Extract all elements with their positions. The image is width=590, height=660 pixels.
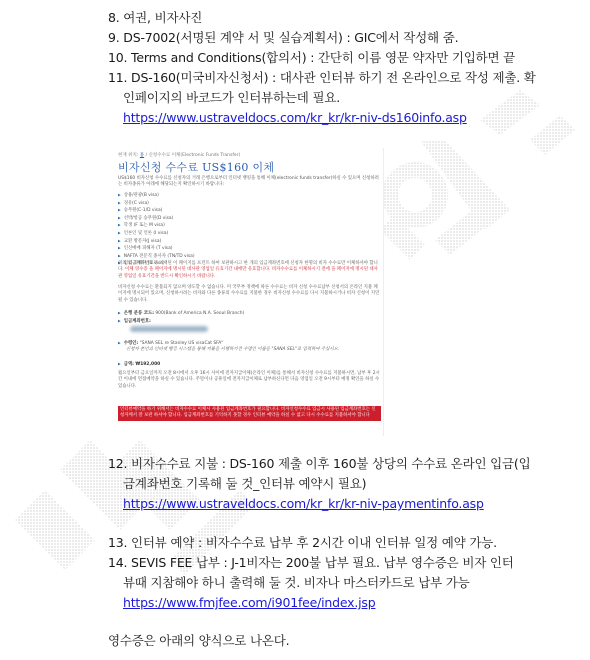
recipient-note: 신청자 본인의 인터넷 뱅킹 시스템을 통해 지불을 시행하기전 수령인 이름을…	[126, 347, 376, 353]
breadcrumb-current: / 신청수수료 이체(Electronic Funds Transfer)	[146, 153, 241, 158]
bank-code-label: 은행 분류 코드:	[124, 311, 154, 316]
recipient-value: "SANA SEL re Stanley US visaCat SFA"	[140, 341, 224, 346]
item-8: 8. 여권, 비자사진	[108, 9, 202, 27]
screenshot-para2: 위의 입금계좌번호가 기재된 이 페이지를 프린트 하여 보관하시고 한 개의 …	[118, 261, 380, 280]
visa-type-item: 상용/관광(B visa)	[118, 192, 195, 200]
ds160-info-link[interactable]: https://www.ustraveldocs.com/kr_kr/kr-ni…	[123, 109, 467, 127]
blurred-account-number	[130, 326, 208, 332]
amount-list: 금액: ₩192,000	[118, 361, 160, 369]
receipt-note: 영수증은 아래의 양식으로 나온다.	[108, 632, 289, 650]
visa-type-item: 승무원(C-1/D visa)	[118, 207, 195, 215]
embedded-screenshot: 현재 위치: 홈 / 신청수수료 이체(Electronic Funds Tra…	[116, 148, 384, 436]
amount-label: 금액:	[124, 362, 134, 367]
bank-info-list: 은행 분류 코드: 900(Bank of America N.A. Seoul…	[118, 310, 244, 325]
item-13: 13. 인터뷰 예약 : 비자수수료 납부 후 2시간 이내 인터뷰 일정 예약…	[108, 534, 497, 552]
bank-code-value: 900(Bank of America N.A. Seoul Branch)	[155, 311, 244, 316]
amount-value: ₩192,000	[135, 362, 160, 367]
visa-type-item: 학생 (F 또는 M visa)	[118, 222, 195, 230]
item-10: 10. Terms and Conditions(합의서) : 간단히 이름 영…	[108, 49, 515, 67]
screenshot-para3: 비자신청 수수료는 환불되지 않으며 양도할 수 없습니다. 미 국무부 정책에…	[118, 285, 380, 304]
warning-banner: 인터뷰예약을 하기 위해서는 비자수수료 이체시 사용된 입금계좌번호가 필요합…	[118, 406, 381, 421]
item-14: 14. SEVIS FEE 납부 : J-1비자는 200불 납부 필요. 납부…	[108, 554, 514, 572]
item-12: 12. 비자수수료 지불 : DS-160 제출 이후 160불 상당의 수수료…	[108, 455, 530, 473]
amount-item: 금액: ₩192,000	[118, 361, 160, 369]
item-11-continued: 인페이지의 바코드가 인터뷰하는데 필요.	[123, 89, 340, 107]
screenshot-title: 비자신청 수수료 US$160 이체	[118, 159, 274, 175]
breadcrumb-home-link: 홈	[140, 153, 144, 158]
visa-type-item: NAFTA 전문직 종사자 (TN/TD visa)	[118, 253, 195, 261]
item-11: 11. DS-160(미국비자신청서) : 대사관 인터뷰 하기 전 온라인으로…	[108, 69, 536, 87]
visa-type-item: 언론인 및 언론 (I visa)	[118, 230, 195, 238]
visa-type-item: 경유(C visa)	[118, 200, 195, 208]
sevis-fee-link[interactable]: https://www.fmjfee.com/i901fee/index.jsp	[123, 594, 375, 612]
screenshot-intro: US$160 비자신청 수수료를 신청자의 거래 은행으로부터 인터넷 뱅킹을 …	[118, 176, 380, 189]
screenshot-para4: 월요일부터 금요일까지 오전 8시에서 오후 16시 사이에 전자지급이체(온라…	[118, 371, 380, 390]
document-page: 8. 여권, 비자사진 9. DS-7002(서명된 계약 서 및 실습계획서)…	[0, 0, 590, 660]
item-9: 9. DS-7002(서명된 계약 서 및 실습계획서) : GIC에서 작성해…	[108, 29, 458, 47]
bank-code-item: 은행 분류 코드: 900(Bank of America N.A. Seoul…	[118, 310, 244, 318]
visa-type-item: 교환 방문자(J visa)	[118, 238, 195, 246]
payment-info-link[interactable]: https://www.ustraveldocs.com/kr_kr/kr-ni…	[123, 495, 484, 513]
visa-type-item: 인신매매 피해자 (T visa)	[118, 245, 195, 253]
visa-type-list: 상용/관광(B visa) 경유(C visa) 승무원(C-1/D visa)…	[118, 192, 195, 268]
screenshot-breadcrumb: 현재 위치: 홈 / 신청수수료 이체(Electronic Funds Tra…	[118, 152, 240, 158]
para2-warning: 이체 영수증 을 페이지에 명시된 대사관 영업일 유효기간 내에만 유효합니다…	[118, 267, 378, 278]
account-item: 입금계좌번호:	[118, 318, 244, 326]
item-14-continued: 뷰때 지참해야 하니 출력해 둘 것. 비자나 마스터카드로 납부 가능	[123, 574, 470, 592]
account-label: 입금계좌번호:	[124, 319, 151, 324]
breadcrumb-prefix: 현재 위치:	[118, 153, 138, 158]
visa-type-item: 선박/항공 승무원(D visa)	[118, 215, 195, 223]
recipient-label: 수령인:	[124, 341, 138, 346]
item-12-continued: 금계좌번호 기록해 둘 것_인터뷰 예약시 필요)	[123, 475, 366, 493]
